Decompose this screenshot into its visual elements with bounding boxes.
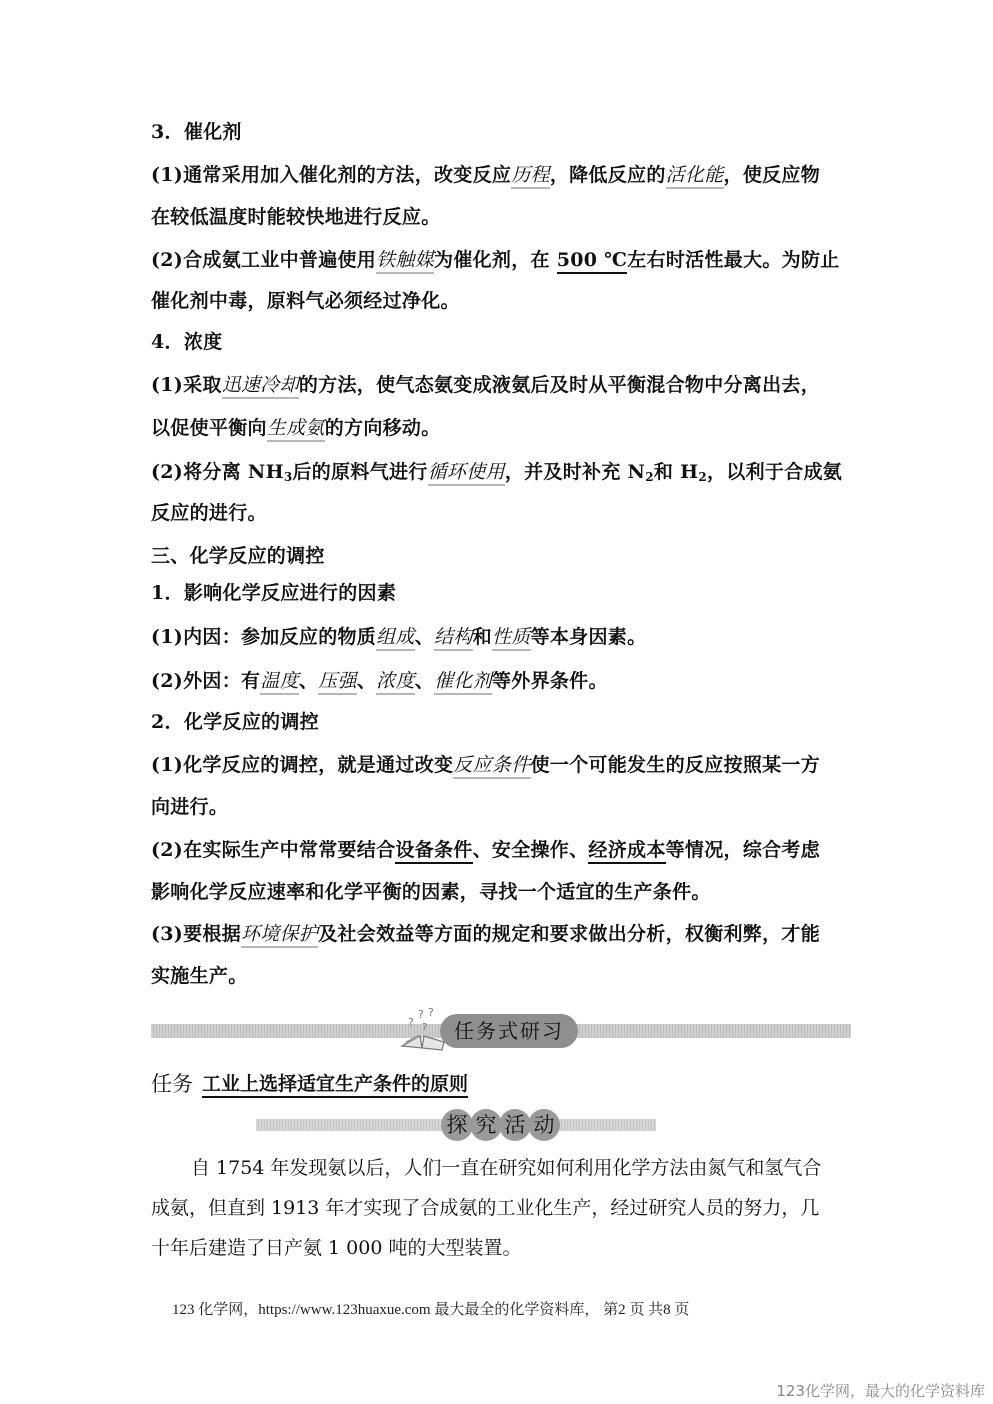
control-para-3-cont: 实施生产。 [151, 964, 851, 988]
control-para-2: (2)在实际生产中常常要结合设备条件、安全操作、经济成本等情况，综合考虑 [151, 838, 851, 862]
task-label: 任务 [151, 1068, 193, 1098]
svg-text:?: ? [428, 1006, 434, 1019]
blank-answer: 反应条件 [453, 754, 530, 779]
blank-answer: 经济成本 [588, 839, 665, 864]
blank-answer: 生成氨 [267, 417, 325, 442]
heading-concentration: 4．浓度 [151, 330, 851, 354]
blank-answer: 环境保护 [241, 923, 318, 948]
intro-line-3: 十年后建造了日产氨 1 000 吨的大型装置。 [151, 1236, 851, 1260]
heading-reaction-control: 三、化学反应的调控 [151, 544, 851, 568]
subheading-control: 2．化学反应的调控 [151, 710, 851, 734]
blank-answer: 压强 [318, 670, 357, 695]
control-para-3: (3)要根据环境保护及社会效益等方面的规定和要求做出分析，权衡利弊，才能 [151, 922, 851, 946]
watermark: 123化学网，最大的化学资料库 [776, 1380, 985, 1401]
blank-answer: 设备条件 [395, 839, 472, 864]
intro-line-1: 自 1754 年发现氨以后，人们一直在研究如何利用化学方法由氮气和氢气合 [151, 1156, 891, 1180]
blank-answer: 温度 [260, 670, 299, 695]
svg-text:?: ? [408, 1016, 414, 1029]
blank-answer: 组成 [376, 626, 415, 651]
page-footer: 123 化学网，https://www.123huaxue.com 最大最全的化… [172, 1298, 689, 1319]
activity-banner-label: 探究活动 [444, 1109, 560, 1141]
catalyst-para-2-cont: 催化剂中毒，原料气必须经过净化。 [151, 289, 851, 313]
factors-internal: (1)内因：参加反应的物质组成、结构和性质等本身因素。 [151, 625, 851, 649]
concentration-para-2-cont: 反应的进行。 [151, 501, 851, 525]
document-page: 3．催化剂 (1)通常采用加入催化剂的方法，改变反应历程，降低反应的活化能，使反… [0, 0, 993, 1404]
blank-answer: 历程 [511, 164, 550, 189]
concentration-para-2: (2)将分离 NH3后的原料气进行循环使用，并及时补充 N2和 H2，以利于合成… [151, 460, 851, 484]
section-banner-label: 任务式研习 [440, 1014, 578, 1048]
intro-line-2: 成氨，但直到 1913 年才实现了合成氨的工业化生产，经过研究人员的努力，几 [151, 1196, 851, 1220]
blank-answer: 催化剂 [434, 670, 492, 695]
control-para-1-cont: 向进行。 [151, 795, 851, 819]
task-title: 工业上选择适宜生产条件的原则 [202, 1072, 468, 1098]
blank-answer: 500 ℃ [557, 249, 628, 274]
blank-answer: 活化能 [666, 164, 724, 189]
catalyst-para-2: (2)合成氨工业中普遍使用铁触媒为催化剂，在 500 ℃左右时活性最大。为防止 [151, 248, 851, 272]
heading-catalyst: 3．催化剂 [151, 120, 851, 144]
svg-text:?: ? [418, 1008, 424, 1021]
control-para-2-cont: 影响化学反应速率和化学平衡的因素，寻找一个适宜的生产条件。 [151, 880, 851, 904]
blank-answer: 铁触媒 [376, 249, 434, 274]
subheading-factors: 1．影响化学反应进行的因素 [151, 581, 851, 605]
control-para-1: (1)化学反应的调控，就是通过改变反应条件使一个可能发生的反应按照某一方 [151, 753, 851, 777]
catalyst-para-1-cont: 在较低温度时能较快地进行反应。 [151, 205, 851, 229]
blank-answer: 结构 [434, 626, 473, 651]
concentration-para-1: (1)采取迅速冷却的方法，使气态氨变成液氨后及时从平衡混合物中分离出去， [151, 373, 851, 397]
svg-text:?: ? [422, 1022, 427, 1033]
blank-answer: 循环使用 [428, 461, 505, 486]
catalyst-para-1: (1)通常采用加入催化剂的方法，改变反应历程，降低反应的活化能，使反应物 [151, 163, 851, 187]
factors-external: (2)外因：有温度、压强、浓度、催化剂等外界条件。 [151, 669, 851, 693]
blank-answer: 迅速冷却 [222, 374, 299, 399]
concentration-para-1-cont: 以促使平衡向生成氨的方向移动。 [151, 416, 851, 440]
blank-answer: 性质 [492, 626, 531, 651]
blank-answer: 浓度 [376, 670, 415, 695]
